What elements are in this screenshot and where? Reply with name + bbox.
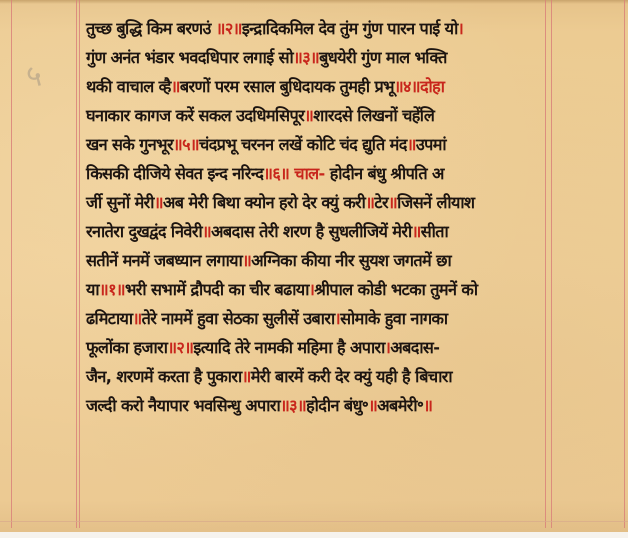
- text-line: जैन, शरणमें करता है पुकारा॥मेरी बारमें क…: [86, 362, 546, 391]
- text-segment: सोमाके हुवा नागका: [340, 309, 447, 328]
- text-segment: भरी सभामें द्रौपदी का चीर बढाया: [125, 280, 309, 299]
- bottom-rule: [0, 521, 628, 522]
- rubric-segment: ।: [458, 19, 464, 38]
- margin-rule-right-outer: [624, 0, 625, 528]
- text-segment: गुंण अनंत भंडार भवदधिपार लगाई सो: [86, 48, 293, 67]
- rubric-segment: ॥: [171, 77, 180, 96]
- rubric-segment: ॥६॥: [263, 164, 289, 183]
- text-segment: तुच्छ बुद्धि किम बरणउं: [86, 19, 216, 38]
- text-segment: जैन, शरणमें करता है पुकारा: [86, 367, 242, 386]
- text-segment: इन्द्रादिकमिल देव तुंम गुंण पारन पाई यो: [242, 19, 458, 38]
- text-segment: अबदास-: [390, 338, 439, 357]
- text-segment: किसकी दीजिये सेवत इन्द नरिन्द: [86, 164, 263, 183]
- page-top-edge: [0, 0, 628, 4]
- text-line: या॥१॥भरी सभामें द्रौपदी का चीर बढाया।श्र…: [86, 275, 546, 304]
- text-segment: अग्निका कीया नीर सुयश जगतमें छा: [251, 251, 451, 270]
- text-segment: या: [86, 280, 99, 299]
- text-segment: श्रीपाल कोडी भटका तुमनें को: [314, 280, 477, 299]
- text-segment: होदीन बंधु॰: [306, 396, 368, 415]
- text-line: खन सके गुनभूर॥५॥चंदप्रभू चरनन लखें कोटि …: [86, 130, 546, 159]
- text-line: घनाकार कागज करें सकल उदधिमसिपूर॥शारदसे ल…: [86, 101, 546, 130]
- text-segment: जल्दी करो नैयापार भवसिन्धु अपारा: [86, 396, 280, 415]
- rubric-segment: ॥: [202, 222, 211, 241]
- text-line: सतीनें मनमें जबध्यान लगाया॥अग्निका कीया …: [86, 246, 546, 275]
- text-segment: अबमेरी॰: [377, 396, 423, 415]
- rubric-segment: ॥: [407, 135, 416, 154]
- rubric-segment: ॥४॥: [394, 77, 420, 96]
- text-segment: फूलोंका हजारा: [86, 338, 167, 357]
- rubric-segment: चाल-: [289, 164, 329, 183]
- rubric-segment: ॥: [154, 193, 163, 212]
- rubric-segment: ॥५॥: [173, 135, 199, 154]
- rubric-segment: ॥: [388, 193, 397, 212]
- rubric-segment: ॥: [368, 396, 377, 415]
- text-segment: रनातेरा दुखद्वंद निवेरी: [86, 222, 202, 241]
- text-line: रनातेरा दुखद्वंद निवेरी॥अबदास तेरी शरण ह…: [86, 217, 546, 246]
- margin-rule-left-inner-2: [79, 0, 80, 528]
- rubric-segment: दोहा: [420, 77, 444, 96]
- rubric-segment: ॥: [242, 367, 251, 386]
- text-segment: र्जी सुनों मेरी: [86, 193, 154, 212]
- text-segment: मेरी बारमें करी देर क्युं यही है बिचारा: [251, 367, 452, 386]
- manuscript-text: तुच्छ बुद्धि किम बरणउं ॥२॥इन्द्रादिकमिल …: [86, 14, 546, 420]
- text-segment: टेर: [374, 193, 388, 212]
- text-segment: बुधयेरी गुंण माल भक्ति: [319, 48, 447, 67]
- rubric-segment: ॥: [242, 251, 251, 270]
- text-segment: सीता: [421, 222, 448, 241]
- text-segment: घनाकार कागज करें सकल उदधिमसिपूर: [86, 106, 304, 125]
- text-segment: होदीन बंधु श्रीपति अ: [330, 164, 444, 183]
- text-line: किसकी दीजिये सेवत इन्द नरिन्द॥६॥ चाल- हो…: [86, 159, 546, 188]
- text-line: थकी वाचाल व्है॥बरणों परम रसाल बुधिदायक त…: [86, 72, 546, 101]
- text-segment: अब मेरी बिथा क्योन हरो देर क्युं करी: [163, 193, 365, 212]
- text-segment: ढमिटाया: [86, 309, 133, 328]
- text-line: ढमिटाया॥तेरे नाममें हुवा सेठका सुलीसें उ…: [86, 304, 546, 333]
- text-line: तुच्छ बुद्धि किम बरणउं ॥२॥इन्द्रादिकमिल …: [86, 14, 546, 43]
- text-segment: बरणों परम रसाल बुधिदायक तुमही प्रभू: [180, 77, 394, 96]
- text-segment: उपमां: [416, 135, 446, 154]
- text-segment: अबदास तेरी शरण है सुधलीजियें मेरी: [211, 222, 411, 241]
- text-line: गुंण अनंत भंडार भवदधिपार लगाई सो॥३॥बुधये…: [86, 43, 546, 72]
- folio-number: ५: [25, 54, 43, 96]
- text-segment: सतीनें मनमें जबध्यान लगाया: [86, 251, 242, 270]
- margin-rule-right-inner-2: [551, 0, 552, 528]
- scan-bottom-edge: [0, 532, 628, 538]
- rubric-segment: ॥३॥: [280, 396, 306, 415]
- margin-rule-left-inner-1: [76, 0, 77, 528]
- rubric-segment: ॥: [133, 309, 142, 328]
- manuscript-page: ५ तुच्छ बुद्धि किम बरणउं ॥२॥इन्द्रादिकमि…: [0, 0, 628, 532]
- text-segment: इत्यादि तेरे नामकी महिमा है अपारा: [193, 338, 384, 357]
- text-line: र्जी सुनों मेरी॥अब मेरी बिथा क्योन हरो द…: [86, 188, 546, 217]
- rubric-segment: ॥: [304, 106, 313, 125]
- rubric-segment: ॥१॥: [99, 280, 125, 299]
- rubric-segment: ॥२॥: [216, 19, 242, 38]
- margin-rule-left-outer: [11, 0, 12, 528]
- text-segment: थकी वाचाल व्है: [86, 77, 171, 96]
- rubric-segment: ॥: [423, 396, 432, 415]
- text-line: जल्दी करो नैयापार भवसिन्धु अपारा॥३॥होदीन…: [86, 391, 546, 420]
- text-segment: खन सके गुनभूर: [86, 135, 173, 154]
- text-segment: जिसनें लीयाश: [397, 193, 474, 212]
- rubric-segment: ॥३॥: [293, 48, 319, 67]
- text-line: फूलोंका हजारा॥२॥इत्यादि तेरे नामकी महिमा…: [86, 333, 546, 362]
- rubric-segment: ॥२॥: [167, 338, 193, 357]
- text-segment: चंदप्रभू चरनन लखें कोटि चंद द्युति मंद: [199, 135, 407, 154]
- text-segment: तेरे नाममें हुवा सेठका सुलीसें उबारा: [142, 309, 335, 328]
- text-segment: शारदसे लिखनों चहेंलि: [313, 106, 434, 125]
- rubric-segment: ॥: [412, 222, 421, 241]
